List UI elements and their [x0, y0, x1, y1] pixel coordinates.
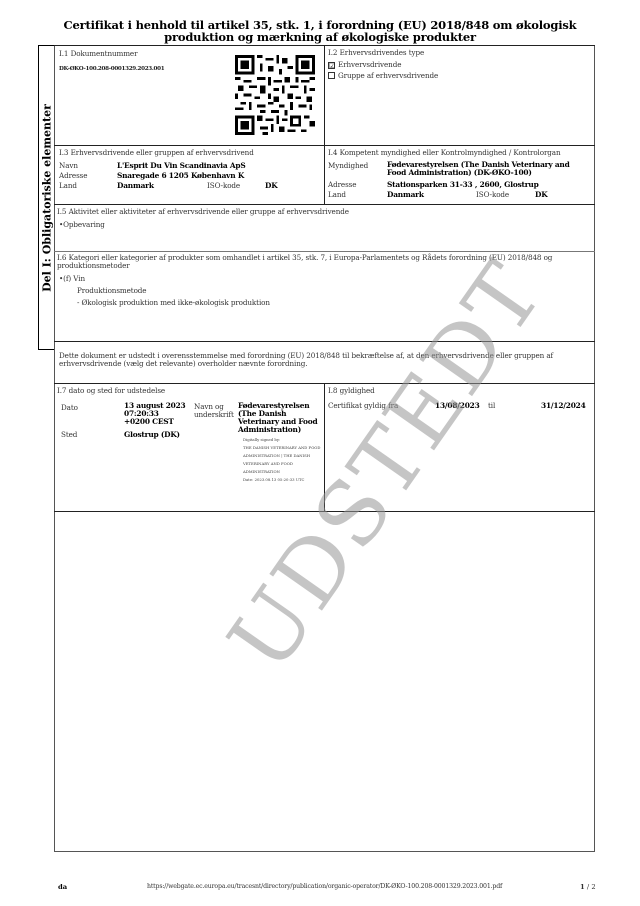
iso-label: ISO-kode [207, 181, 240, 190]
authority-name: Fødevarestyrelsen (The Danish Veterinary… [387, 161, 587, 177]
section-label: Del I: Obligatoriske elementer [38, 45, 54, 350]
iso-label: ISO-kode [476, 190, 509, 199]
row-divider [54, 511, 595, 512]
i4-section: I.4 Kompetent myndighed eller Kontrolmyn… [328, 148, 592, 200]
valid-to-date: 31/12/2024 [541, 401, 586, 410]
valid-from-label: Certifikat gyldig fra [328, 401, 398, 410]
country-label: Land [328, 190, 346, 199]
product-category: •(f) Vin [59, 274, 557, 283]
option-label: Erhvervsdrivende [338, 60, 401, 69]
column-divider [324, 45, 325, 204]
i5-section: I.5 Aktivitet eller aktiviteter af erhve… [57, 207, 587, 229]
operator-address: Snaregade 6 1205 København K [117, 171, 244, 180]
place-label: Sted [61, 430, 77, 439]
signature-line: THE DANISH VETERINARY AND FOOD [243, 444, 323, 452]
production-method: - Økologisk produktion med ikke-økologis… [77, 298, 557, 307]
document-number: DK-ØKO-100.208-0001329.2023.001 [59, 65, 164, 74]
i6-heading: I.6 Kategori eller kategorier af produkt… [57, 254, 557, 270]
country-label: Land [59, 181, 77, 190]
page-total: / 2 [587, 883, 596, 891]
row-divider [54, 251, 595, 252]
i3-section: I.3 Erhvervsdrivende eller gruppen af er… [59, 148, 321, 191]
address-label: Adresse [59, 171, 87, 180]
section-label-text: Del I: Obligatoriske elementer [40, 104, 53, 292]
page-indicator: 1 / 2 [580, 883, 596, 891]
operator-iso: DK [265, 181, 277, 190]
valid-from-date: 13/08/2023 [435, 401, 480, 410]
digital-signature: Digitally signed by: THE DANISH VETERINA… [243, 436, 323, 484]
operator-type-option[interactable]: ☑Erhvervsdrivende [328, 60, 438, 70]
operator-country: Danmark [117, 181, 154, 190]
activity-item: •Opbevaring [59, 220, 587, 229]
signature-line: VETERINARY AND FOOD [243, 460, 323, 468]
issue-date: 13 august 2023 07:20:33 +0200 CEST [124, 402, 186, 426]
compliance-statement: Dette dokument er udstedt i overensstemm… [59, 352, 559, 368]
signature-line: ADMINISTRATION [243, 468, 323, 476]
footer-url[interactable]: https://webgate.ec.europa.eu/tracesnt/di… [147, 883, 502, 890]
row-divider [54, 341, 595, 342]
group-type-option[interactable]: Gruppe af erhvervsdrivende [328, 71, 438, 81]
authority-address: Stationsparken 31-33 , 2600, Glostrup [387, 180, 539, 189]
signature-line: ADMINISTRATION | THE DANISH [243, 452, 323, 460]
page-current: 1 [580, 883, 585, 891]
checkbox-checked-icon[interactable]: ☑ [328, 62, 335, 69]
i8-heading: I.8 gyldighed [328, 386, 375, 395]
valid-to-label: til [488, 401, 495, 410]
signature-line: Date: 2023.08.13 05:20:33 UTC [243, 476, 323, 484]
i1-heading: I.1 Dokumentnummer [59, 49, 164, 58]
row-divider [54, 204, 595, 205]
i1-section: I.1 Dokumentnummer DK-ØKO-100.208-000132… [59, 49, 164, 74]
address-label: Adresse [328, 180, 356, 189]
document-title: Certifikat i henhold til artikel 35, stk… [40, 19, 600, 43]
signer-label: Navn og underskrift [194, 403, 234, 419]
signer-name: Fødevarestyrelsen (The Danish Veterinary… [238, 402, 324, 434]
i7-section: I.7 dato og sted for udstedelse [57, 386, 322, 395]
authority-label: Myndighed [328, 161, 368, 170]
i2-heading: I.2 Erhvervsdrivendes type [328, 48, 438, 57]
footer-language: da [58, 883, 67, 891]
i3-heading: I.3 Erhvervsdrivende eller gruppen af er… [59, 148, 321, 157]
column-divider [324, 383, 325, 511]
signature-line: Digitally signed by: [243, 436, 323, 444]
operator-name: L'Esprit Du Vin Scandinavia ApS [117, 161, 245, 170]
i4-heading: I.4 Kompetent myndighed eller Kontrolmyn… [328, 148, 592, 157]
authority-iso: DK [535, 190, 547, 199]
i6-section: I.6 Kategori eller kategorier af produkt… [57, 254, 557, 307]
i7-heading: I.7 dato og sted for udstedelse [57, 386, 322, 395]
name-label: Navn [59, 161, 78, 170]
qr-code-icon [235, 55, 315, 135]
authority-country: Danmark [387, 190, 424, 199]
i5-heading: I.5 Aktivitet eller aktiviteter af erhve… [57, 207, 587, 216]
production-method-label: Produktionsmetode [77, 286, 557, 295]
date-label: Dato [61, 403, 78, 412]
i2-section: I.2 Erhvervsdrivendes type ☑Erhvervsdriv… [328, 48, 438, 81]
checkbox-unchecked-icon[interactable] [328, 72, 335, 79]
option-label: Gruppe af erhvervsdrivende [338, 71, 438, 80]
statement-text: Dette dokument er udstedt i overensstemm… [59, 352, 559, 368]
issue-place: Glostrup (DK) [124, 430, 180, 439]
